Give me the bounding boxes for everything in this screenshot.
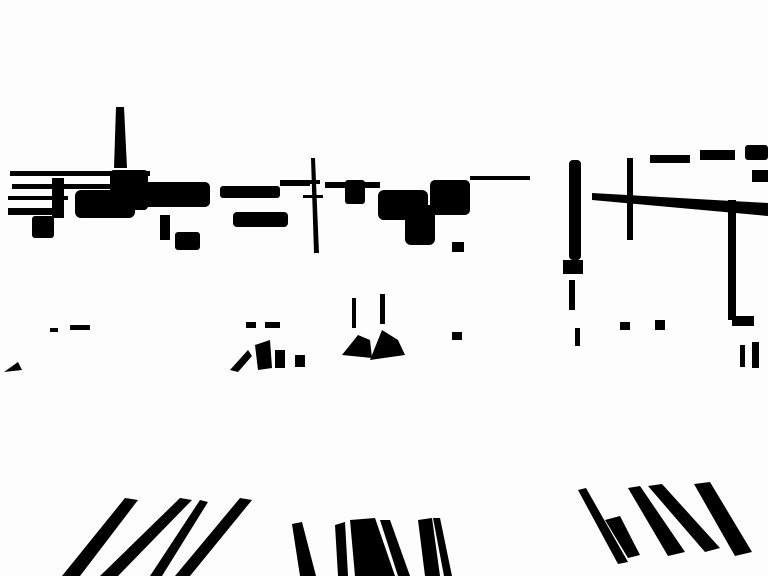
photo-scene [0, 0, 768, 576]
